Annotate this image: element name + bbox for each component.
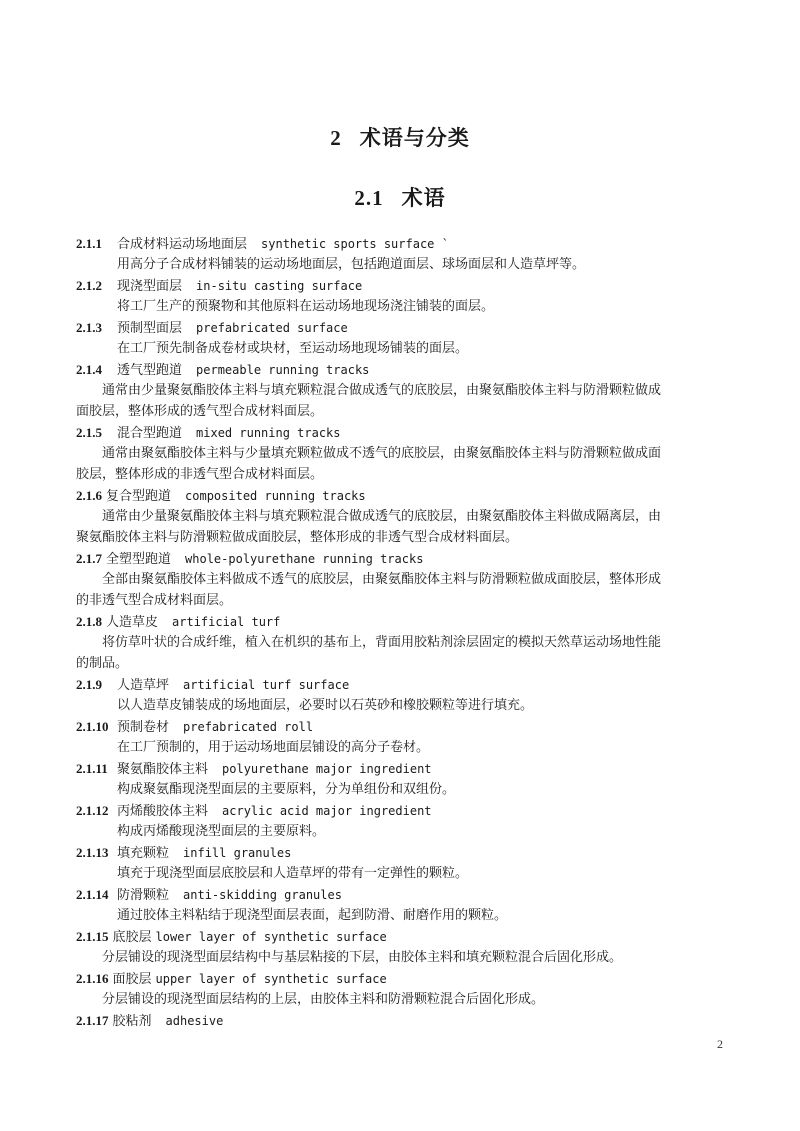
chapter-number: 2	[330, 126, 342, 150]
term-heading: 2.1.1合成材料运动场地面层synthetic sports surface …	[76, 233, 726, 254]
term-zh: 合成材料运动场地面层	[117, 237, 247, 252]
chapter-title: 2术语与分类	[0, 122, 800, 152]
chapter-title-text: 术语与分类	[360, 125, 470, 150]
term-number: 2.1.14	[76, 884, 117, 905]
term-number: 2.1.2	[76, 275, 117, 296]
term-number: 2.1.4	[76, 359, 117, 380]
term-definition: 填充于现浇型面层底胶层和人造草坪的带有一定弹性的颗粒。	[76, 863, 726, 884]
term-en: anti-skidding granules	[183, 888, 342, 902]
term-zh: 防滑颗粒	[117, 888, 169, 903]
term-definition: 将工厂生产的预聚物和其他原料在运动场地现场浇注铺装的面层。	[76, 296, 726, 317]
term-number: 2.1.3	[76, 317, 117, 338]
term-en: artificial turf	[172, 615, 280, 629]
term-definition: 通常由少量聚氨酯胶体主料与填充颗粒混合做成透气的底胶层，由聚氨酯胶体主料与防滑颗…	[76, 380, 726, 401]
term-en: adhesive	[166, 1014, 224, 1028]
term-zh: 混合型跑道	[117, 426, 182, 441]
term-number: 2.1.7	[76, 548, 102, 569]
term-zh: 全塑型跑道	[106, 552, 171, 567]
term-en: acrylic acid major ingredient	[222, 804, 432, 818]
term-en: infill granules	[183, 846, 291, 860]
term-number: 2.1.5	[76, 422, 117, 443]
term-en: prefabricated surface	[196, 321, 348, 335]
term-en: whole-polyurethane running tracks	[185, 552, 423, 566]
term-definition-cont: 的制品。	[76, 653, 726, 674]
term-definition: 分层铺设的现浇型面层结构的上层，由胶体主料和防滑颗粒混合后固化形成。	[76, 989, 726, 1010]
term-definition: 通常由聚氨酯胶体主料与少量填充颗粒做成不透气的底胶层，由聚氨酯胶体主料与防滑颗粒…	[76, 443, 726, 464]
term-number: 2.1.10	[76, 716, 117, 737]
term-en: synthetic sports surface `	[261, 237, 449, 251]
term-definition-cont: 面胶层，整体形成的透气型合成材料面层。	[76, 401, 726, 422]
term-en: mixed running tracks	[196, 426, 341, 440]
term-zh: 现浇型面层	[117, 279, 182, 294]
term-definition: 通常由少量聚氨酯胶体主料与填充颗粒混合做成透气的底胶层，由聚氨酯胶体主料做成隔离…	[76, 506, 726, 527]
term-definition: 构成聚氨酯现浇型面层的主要原料，分为单组份和双组份。	[76, 779, 726, 800]
term-number: 2.1.12	[76, 800, 117, 821]
term-definition: 用高分子合成材料铺装的运动场地面层，包括跑道面层、球场面层和人造草坪等。	[76, 254, 726, 275]
term-zh: 面胶层	[113, 972, 152, 987]
term-definition-cont: 的非透气型合成材料面层。	[76, 590, 726, 611]
term-number: 2.1.16	[76, 968, 109, 989]
term-en: composited running tracks	[185, 489, 366, 503]
term-en: lower layer of synthetic surface	[156, 930, 387, 944]
term-en: permeable running tracks	[196, 363, 369, 377]
term-definition: 分层铺设的现浇型面层结构中与基层粘接的下层，由胶体主料和填充颗粒混合后固化形成。	[76, 947, 726, 968]
term-number: 2.1.13	[76, 842, 117, 863]
term-en: prefabricated roll	[183, 720, 313, 734]
section-number: 2.1	[354, 186, 383, 210]
term-definition-cont: 胶层，整体形成的非透气型合成材料面层。	[76, 464, 726, 485]
term-number: 2.1.9	[76, 674, 117, 695]
term-number: 2.1.1	[76, 233, 117, 254]
term-zh: 人造草坪	[117, 678, 169, 693]
term-definition: 以人造草皮铺装成的场地面层，必要时以石英砂和橡胶颗粒等进行填充。	[76, 695, 726, 716]
term-zh: 丙烯酸胶体主料	[117, 804, 208, 819]
term-en: in-situ casting surface	[196, 279, 362, 293]
term-zh: 透气型跑道	[117, 363, 182, 378]
term-zh: 聚氨酯胶体主料	[117, 762, 208, 777]
term-definition: 全部由聚氨酯胶体主料做成不透气的底胶层，由聚氨酯胶体主料与防滑颗粒做成面胶层，整…	[76, 569, 726, 590]
term-number: 2.1.8	[76, 611, 102, 632]
term-zh: 填充颗粒	[117, 846, 169, 861]
term-definition: 通过胶体主料粘结于现浇型面层表面，起到防滑、耐磨作用的颗粒。	[76, 905, 726, 926]
term-zh: 预制型面层	[117, 321, 182, 336]
term-definition: 构成丙烯酸现浇型面层的主要原料。	[76, 821, 726, 842]
term-zh: 人造草皮	[106, 615, 158, 630]
section-title-text: 术语	[402, 185, 446, 210]
term-en: polyurethane major ingredient	[222, 762, 432, 776]
terms-list: 2.1.1合成材料运动场地面层synthetic sports surface …	[76, 233, 726, 1031]
term-number: 2.1.15	[76, 926, 109, 947]
term-definition: 在工厂预先制备成卷材或块材，至运动场地现场铺装的面层。	[76, 338, 726, 359]
term-definition-cont: 聚氨酯胶体主料与防滑颗粒做成面胶层，整体形成的非透气型合成材料面层。	[76, 527, 726, 548]
term-zh: 复合型跑道	[106, 489, 171, 504]
term-number: 2.1.17	[76, 1010, 109, 1031]
term-en: artificial turf surface	[183, 678, 349, 692]
term-zh: 胶粘剂	[113, 1014, 152, 1029]
term-definition: 在工厂预制的，用于运动场地面层铺设的高分子卷材。	[76, 737, 726, 758]
term-zh: 预制卷材	[117, 720, 169, 735]
section-title: 2.1术语	[0, 182, 800, 212]
term-definition: 将仿草叶状的合成纤维，植入在机织的基布上，背面用胶粘剂涂层固定的模拟天然草运动场…	[76, 632, 726, 653]
term-en: upper layer of synthetic surface	[156, 972, 387, 986]
term-zh: 底胶层	[113, 930, 152, 945]
term-number: 2.1.11	[76, 758, 117, 779]
term-number: 2.1.6	[76, 485, 102, 506]
page-number: 2	[717, 1037, 723, 1052]
